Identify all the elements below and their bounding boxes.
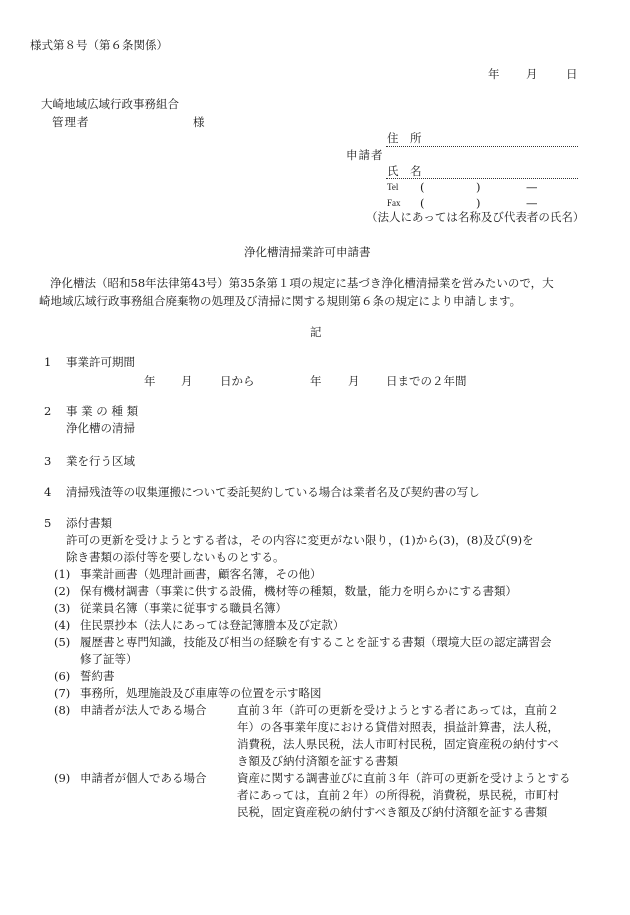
document-title: 浄化槽清掃業許可申請書 [244, 247, 371, 259]
tel-dash: — [526, 182, 538, 194]
item-5-label: 添付書類 [66, 518, 112, 530]
attachment-7-text: 事務所，処理施設及び車庫等の位置を示す略図 [80, 688, 322, 700]
attachment-9-number: (9) [54, 773, 70, 785]
item-2-label: 事 業 の 種 類 [66, 406, 138, 418]
item-3-number: 3 [44, 456, 51, 468]
period-from-day: 日から [220, 376, 255, 388]
attachment-8-text-line-3: 消費税，法人県民税，法人市町村民税，固定資産税の納付すべ [237, 739, 559, 751]
form-number: 様式第８号（第６条関係） [30, 40, 168, 52]
date-day: 日 [566, 69, 578, 81]
fax-dash: — [526, 198, 538, 210]
name-field[interactable] [386, 178, 578, 179]
attachment-2-number: (2) [54, 586, 70, 598]
item-4-label: 清掃残渣等の収集運搬について委託契約している場合は業者名及び契約書の写し [66, 487, 480, 499]
period-from-month: 月 [181, 376, 193, 388]
date-year: 年 [488, 69, 500, 81]
fax-paren-open: ( [420, 198, 425, 210]
attachment-3-number: (3) [54, 603, 70, 615]
addressee-organization: 大崎地域広域行政事務組合 [41, 99, 179, 111]
attachment-5-number: (5) [54, 637, 70, 649]
address-field[interactable] [386, 146, 578, 147]
period-from-year: 年 [144, 376, 156, 388]
address-label: 住 所 [387, 133, 422, 145]
attachment-5-text-line-1: 履歴書と専門知識，技能及び相当の経験を有することを証する書類（環境大臣の認定講習… [80, 637, 552, 649]
tel-label: Tel [387, 183, 398, 192]
item-4-number: 4 [44, 487, 51, 499]
attachment-8-number: (8) [54, 705, 70, 717]
period-to-day: 日までの２年間 [386, 376, 467, 388]
period-to-month: 月 [348, 376, 360, 388]
attachment-8-text-line-4: き額及び納付済額を証する書類 [237, 756, 398, 768]
item-3-label: 業を行う区域 [66, 456, 135, 468]
item-2-number: 2 [44, 406, 51, 418]
item-2-value: 浄化槽の清掃 [66, 423, 135, 435]
period-to-year: 年 [310, 376, 322, 388]
name-label: 氏 名 [387, 166, 422, 178]
attachment-9-text-line-1: 資産に関する調書並びに直前３年（許可の更新を受けようとする [237, 773, 571, 785]
attachment-3-text: 従業員名簿（事業に従事する職員名簿） [80, 603, 287, 615]
attachment-6-text: 誓約書 [80, 671, 115, 683]
attachment-9-text-line-2: 者にあっては，直前２年）の所得税，消費税，県民税，市町村 [237, 790, 559, 802]
attachment-8-label: 申請者が法人である場合 [80, 705, 207, 717]
body-line-2: 崎地域広域行政事務組合廃棄物の処理及び清掃に関する規則第６条の規定により申請しま… [39, 296, 521, 308]
date-month: 月 [526, 69, 538, 81]
attachment-8-text-line-2: 年）の各事業年度における貸借対照表，損益計算書，法人税， [237, 722, 559, 734]
attachment-4-text: 住民票抄本（法人にあっては登記簿謄本及び定款） [80, 620, 344, 632]
item-5-number: 5 [44, 518, 51, 530]
item-1-number: 1 [44, 357, 51, 369]
item-1-label: 事業許可期間 [66, 357, 135, 369]
applicant-label: 申請者 [346, 150, 384, 162]
body-line-1: 浄化槽法（昭和58年法律第43号）第35条第１項の規定に基づき浄化槽清掃業を営み… [50, 278, 554, 290]
tel-paren-open: ( [420, 182, 425, 194]
attachment-4-number: (4) [54, 620, 70, 632]
attachment-1-number: (1) [54, 569, 70, 581]
fax-paren-close: ) [476, 198, 481, 210]
attachment-9-text-line-3: 民税，固定資産税の納付すべき額及び納付済額を証する書類 [237, 807, 547, 819]
attachment-9-label: 申請者が個人である場合 [80, 773, 207, 785]
attachments-note-line-1: 許可の更新を受けようとする者は，その内容に変更がない限り，(1)から(3)，(8… [66, 535, 534, 547]
addressee-title: 管理者 [52, 117, 90, 129]
attachment-2-text: 保有機材調書（事業に供する設備，機材等の種類，数量，能力を明らかにする書類） [80, 586, 517, 598]
applicant-note: （法人にあっては名称及び代表者の氏名） [366, 212, 584, 224]
attachments-note-line-2: 除き書類の添付等を要しないものとする。 [66, 552, 285, 564]
tel-paren-close: ) [476, 182, 481, 194]
attachment-5-text-line-2: 修了証等） [80, 654, 138, 666]
fax-label: Fax [387, 199, 401, 208]
attachment-7-number: (7) [54, 688, 70, 700]
addressee-honorific: 様 [193, 117, 205, 129]
attachment-8-text-line-1: 直前３年（許可の更新を受けようとする者にあっては，直前２ [237, 705, 559, 717]
attachment-1-text: 事業計画書（処理計画書，顧客名簿，その他） [80, 569, 322, 581]
ki-heading: 記 [310, 327, 322, 339]
attachment-6-number: (6) [54, 671, 70, 683]
